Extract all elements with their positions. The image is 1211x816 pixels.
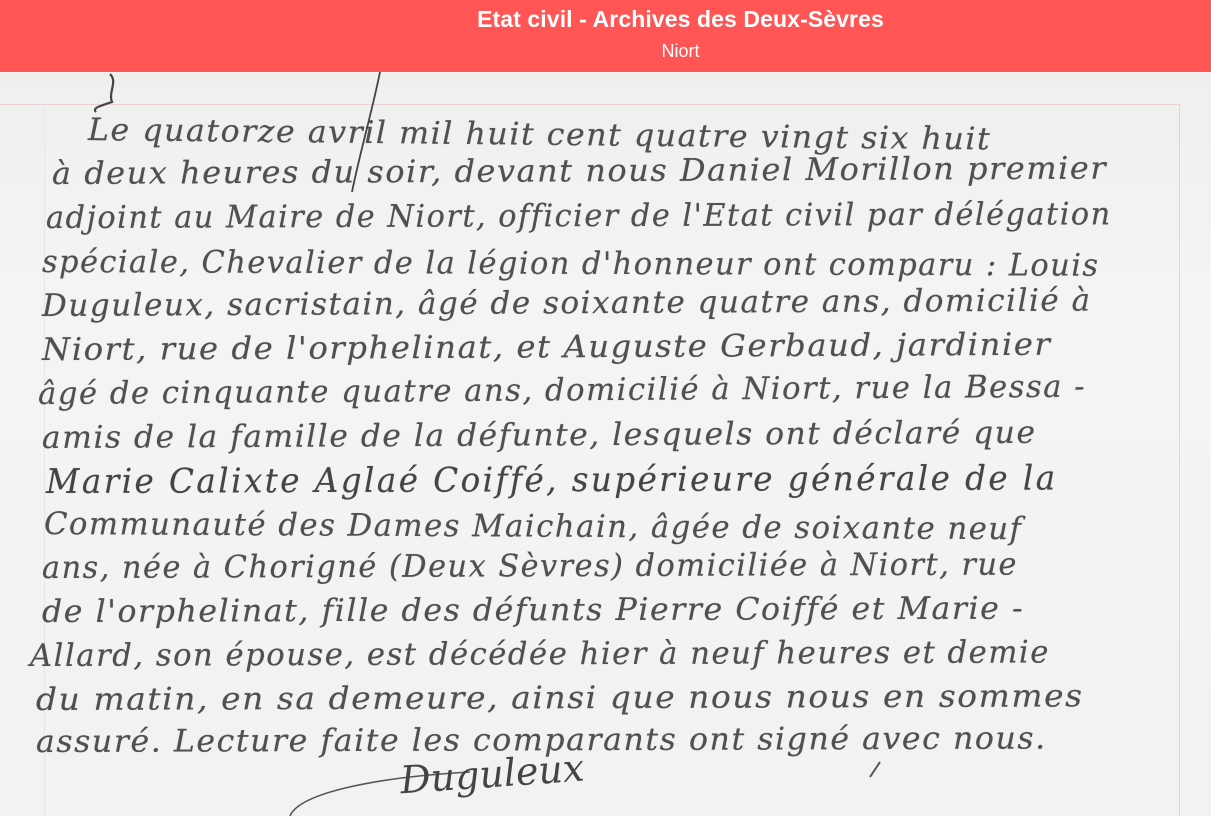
record-line: adjoint au Maire de Niort, officier de l… [46, 196, 1112, 236]
record-line: de l'orphelinat, fille des défunts Pierr… [42, 591, 1024, 630]
record-line: ans, née à Chorigné (Deux Sèvres) domici… [42, 547, 1018, 586]
record-line: Duguleux, sacristain, âgé de soixante qu… [42, 283, 1092, 324]
record-line: spéciale, Chevalier de la légion d'honne… [42, 244, 1100, 284]
record-line: du matin, en sa demeure, ainsi que nous … [36, 678, 1084, 718]
record-line-deceased-name: Marie Calixte Aglaé Coiffé, supérieure g… [46, 458, 1058, 502]
page-subtitle-location: Niort [0, 41, 1211, 62]
record-line: Allard, son épouse, est décédée hier à n… [30, 634, 1050, 674]
document-viewer[interactable]: Le quatorze avril mil huit cent quatre v… [0, 72, 1211, 816]
app-header: Etat civil - Archives des Deux-Sèvres Ni… [0, 0, 1211, 72]
record-line: Communauté des Dames Maichain, âgée de s… [44, 506, 1023, 547]
record-line: amis de la famille de la défunte, lesque… [42, 415, 1037, 456]
scanned-handwritten-record: Le quatorze avril mil huit cent quatre v… [0, 72, 1211, 816]
record-line: à deux heures du soir, devant nous Danie… [52, 150, 1107, 192]
record-line: âgé de cinquante quatre ans, domicilié à… [38, 369, 1086, 412]
page-title: Etat civil - Archives des Deux-Sèvres [0, 6, 1211, 33]
record-line: Niort, rue de l'orphelinat, et Auguste G… [42, 327, 1052, 368]
record-line: Le quatorze avril mil huit cent quatre v… [88, 112, 992, 157]
